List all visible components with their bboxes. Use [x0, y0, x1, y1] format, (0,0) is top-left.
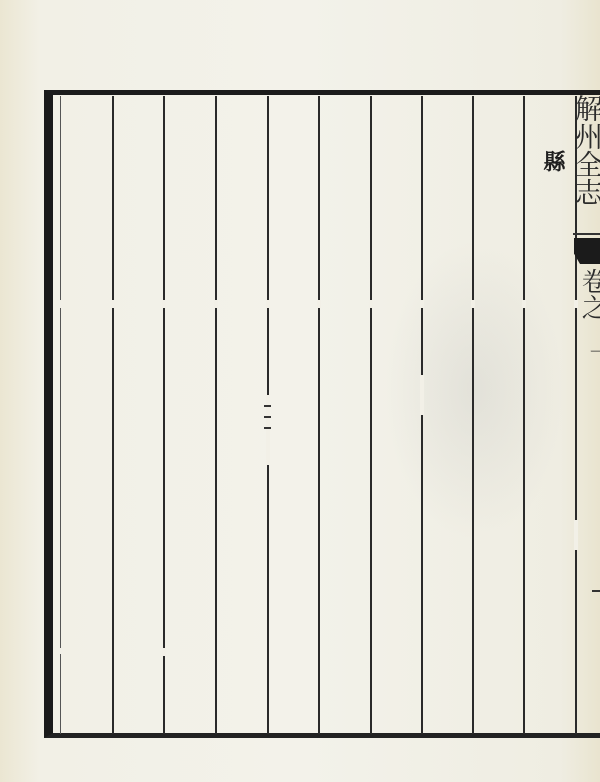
juan-label: 卷之	[578, 268, 600, 320]
column-rule	[163, 96, 165, 734]
page-border-frame	[44, 90, 600, 738]
fold-tick-mark	[592, 590, 600, 592]
fishtail-mark	[574, 238, 600, 264]
column-rule	[112, 96, 114, 734]
column-rule	[60, 96, 61, 734]
column-rule	[370, 96, 372, 734]
book-title: 解州全志	[573, 94, 600, 206]
column-rule	[318, 96, 320, 734]
fold-divider	[573, 233, 600, 235]
column-character: 縣	[538, 150, 569, 172]
column-rule	[472, 96, 474, 734]
column-rule	[421, 96, 423, 734]
column-rule	[523, 96, 525, 734]
juan-number: 一	[582, 340, 600, 364]
column-rule	[215, 96, 217, 734]
broken-rule-marks	[264, 405, 272, 438]
